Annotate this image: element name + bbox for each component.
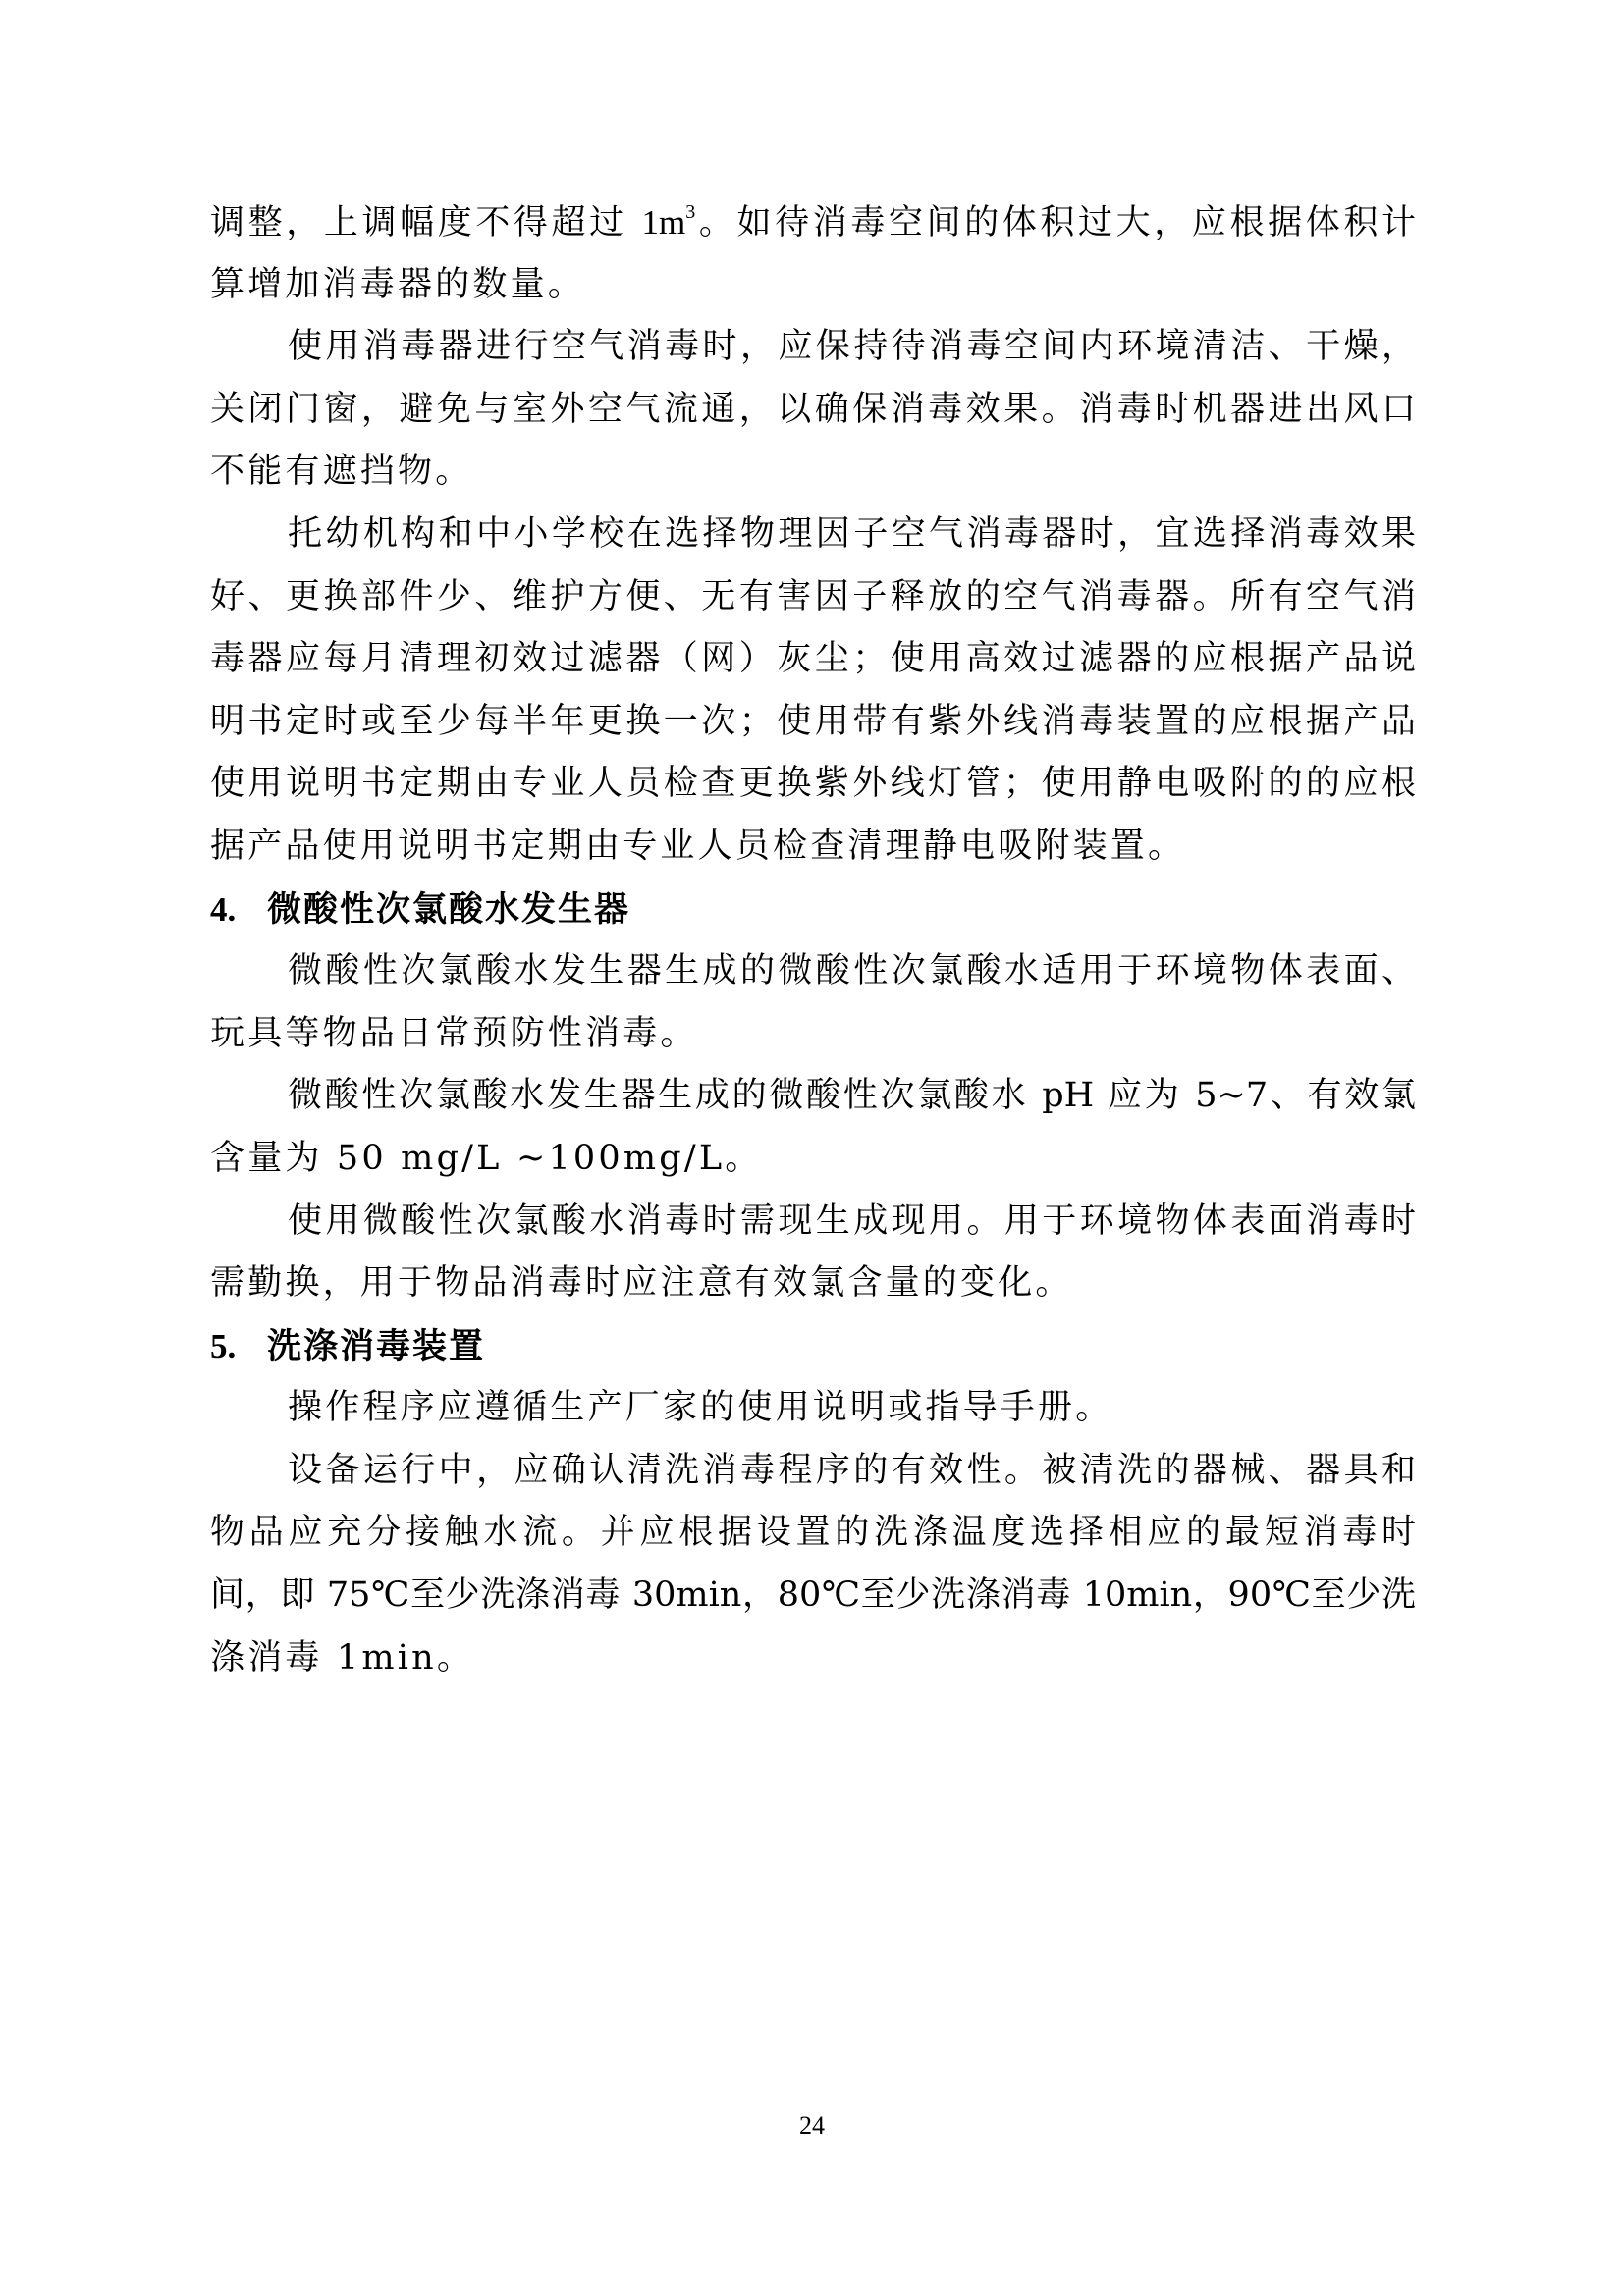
text-line: 玩具等物品日常预防性消毒。	[210, 1003, 1416, 1066]
section-title: 洗涤消毒装置	[267, 1326, 485, 1366]
text-line: 明书定时或至少每半年更换一次；使用带有紫外线消毒装置的应根据产品	[210, 691, 1416, 754]
paragraph-hypochlorous-fresh: 使用微酸性次氯酸水消毒时需现生成现用。用于环境物体表面消毒时 需勤换，用于物品消…	[210, 1191, 1416, 1315]
text-segment: 调整，上调幅度不得超过	[210, 203, 642, 242]
text-line: 毒器应每月清理初效过滤器（网）灰尘；使用高效过滤器的应根据产品说	[210, 628, 1416, 691]
text-line: 据产品使用说明书定期由专业人员检查清理静电吸附装置。	[210, 816, 1416, 879]
text-line: 设备运行中，应确认清洗消毒程序的有效性。被清洗的器械、器具和	[210, 1440, 1416, 1503]
paragraph-operating-procedure: 操作程序应遵循生产厂家的使用说明或指导手册。	[210, 1377, 1416, 1440]
paragraph-hypochlorous-usage: 微酸性次氯酸水发生器生成的微酸性次氯酸水适用于环境物体表面、 玩具等物品日常预防…	[210, 940, 1416, 1065]
paragraph-hypochlorous-ph: 微酸性次氯酸水发生器生成的微酸性次氯酸水 pH 应为 5~7、有效氯 含量为 5…	[210, 1065, 1416, 1190]
text-line: 使用微酸性次氯酸水消毒时需现生成现用。用于环境物体表面消毒时	[210, 1191, 1416, 1254]
paragraph-wash-temperature: 设备运行中，应确认清洗消毒程序的有效性。被清洗的器械、器具和 物品应充分接触水流…	[210, 1440, 1416, 1689]
text-line: 涤消毒 1min。	[210, 1628, 1416, 1690]
document-page-body: 调整，上调幅度不得超过 1m3。如待消毒空间的体积过大，应根据体积计 算增加消毒…	[210, 191, 1416, 1689]
text-line: 调整，上调幅度不得超过 1m3。如待消毒空间的体积过大，应根据体积计	[210, 191, 1416, 254]
paragraph-air-disinfection-usage: 使用消毒器进行空气消毒时，应保持待消毒空间内环境清洁、干燥， 关闭门窗，避免与室…	[210, 316, 1416, 504]
paragraph-volume-adjustment: 调整，上调幅度不得超过 1m3。如待消毒空间的体积过大，应根据体积计 算增加消毒…	[210, 191, 1416, 316]
text-line: 算增加消毒器的数量。	[210, 254, 1416, 317]
paragraph-school-selection: 托幼机构和中小学校在选择物理因子空气消毒器时，宜选择消毒效果 好、更换部件少、维…	[210, 504, 1416, 879]
text-line: 需勤换，用于物品消毒时应注意有效氯含量的变化。	[210, 1253, 1416, 1315]
section-title: 微酸性次氯酸水发生器	[267, 889, 630, 930]
section-number: 4.	[210, 879, 267, 941]
section-number: 5.	[210, 1315, 267, 1378]
text-line: 使用说明书定期由专业人员检查更换紫外线灯管；使用静电吸附的的应根	[210, 753, 1416, 816]
text-line: 托幼机构和中小学校在选择物理因子空气消毒器时，宜选择消毒效果	[210, 504, 1416, 566]
text-line: 微酸性次氯酸水发生器生成的微酸性次氯酸水适用于环境物体表面、	[210, 940, 1416, 1003]
text-line: 间，即 75℃至少洗涤消毒 30min，80℃至少洗涤消毒 10min，90℃至…	[210, 1565, 1416, 1628]
page-number: 24	[0, 2111, 1624, 2141]
section-heading-4: 4.微酸性次氯酸水发生器	[210, 879, 1416, 941]
text-line: 好、更换部件少、维护方便、无有害因子释放的空气消毒器。所有空气消	[210, 566, 1416, 629]
superscript: 3	[685, 201, 695, 223]
text-line: 物品应充分接触水流。并应根据设置的洗涤温度选择相应的最短消毒时	[210, 1502, 1416, 1565]
text-segment: 。如待消毒空间的体积过大，应根据体积计	[695, 203, 1416, 242]
section-heading-5: 5.洗涤消毒装置	[210, 1315, 1416, 1378]
text-line: 微酸性次氯酸水发生器生成的微酸性次氯酸水 pH 应为 5~7、有效氯	[210, 1065, 1416, 1128]
text-line: 不能有遮挡物。	[210, 441, 1416, 504]
text-line: 使用消毒器进行空气消毒时，应保持待消毒空间内环境清洁、干燥，	[210, 316, 1416, 379]
text-line: 含量为 50 mg/L ~100mg/L。	[210, 1128, 1416, 1191]
text-line: 关闭门窗，避免与室外空气流通，以确保消毒效果。消毒时机器进出风口	[210, 379, 1416, 442]
unit-text: 1m	[642, 203, 686, 241]
text-line: 操作程序应遵循生产厂家的使用说明或指导手册。	[210, 1377, 1416, 1440]
